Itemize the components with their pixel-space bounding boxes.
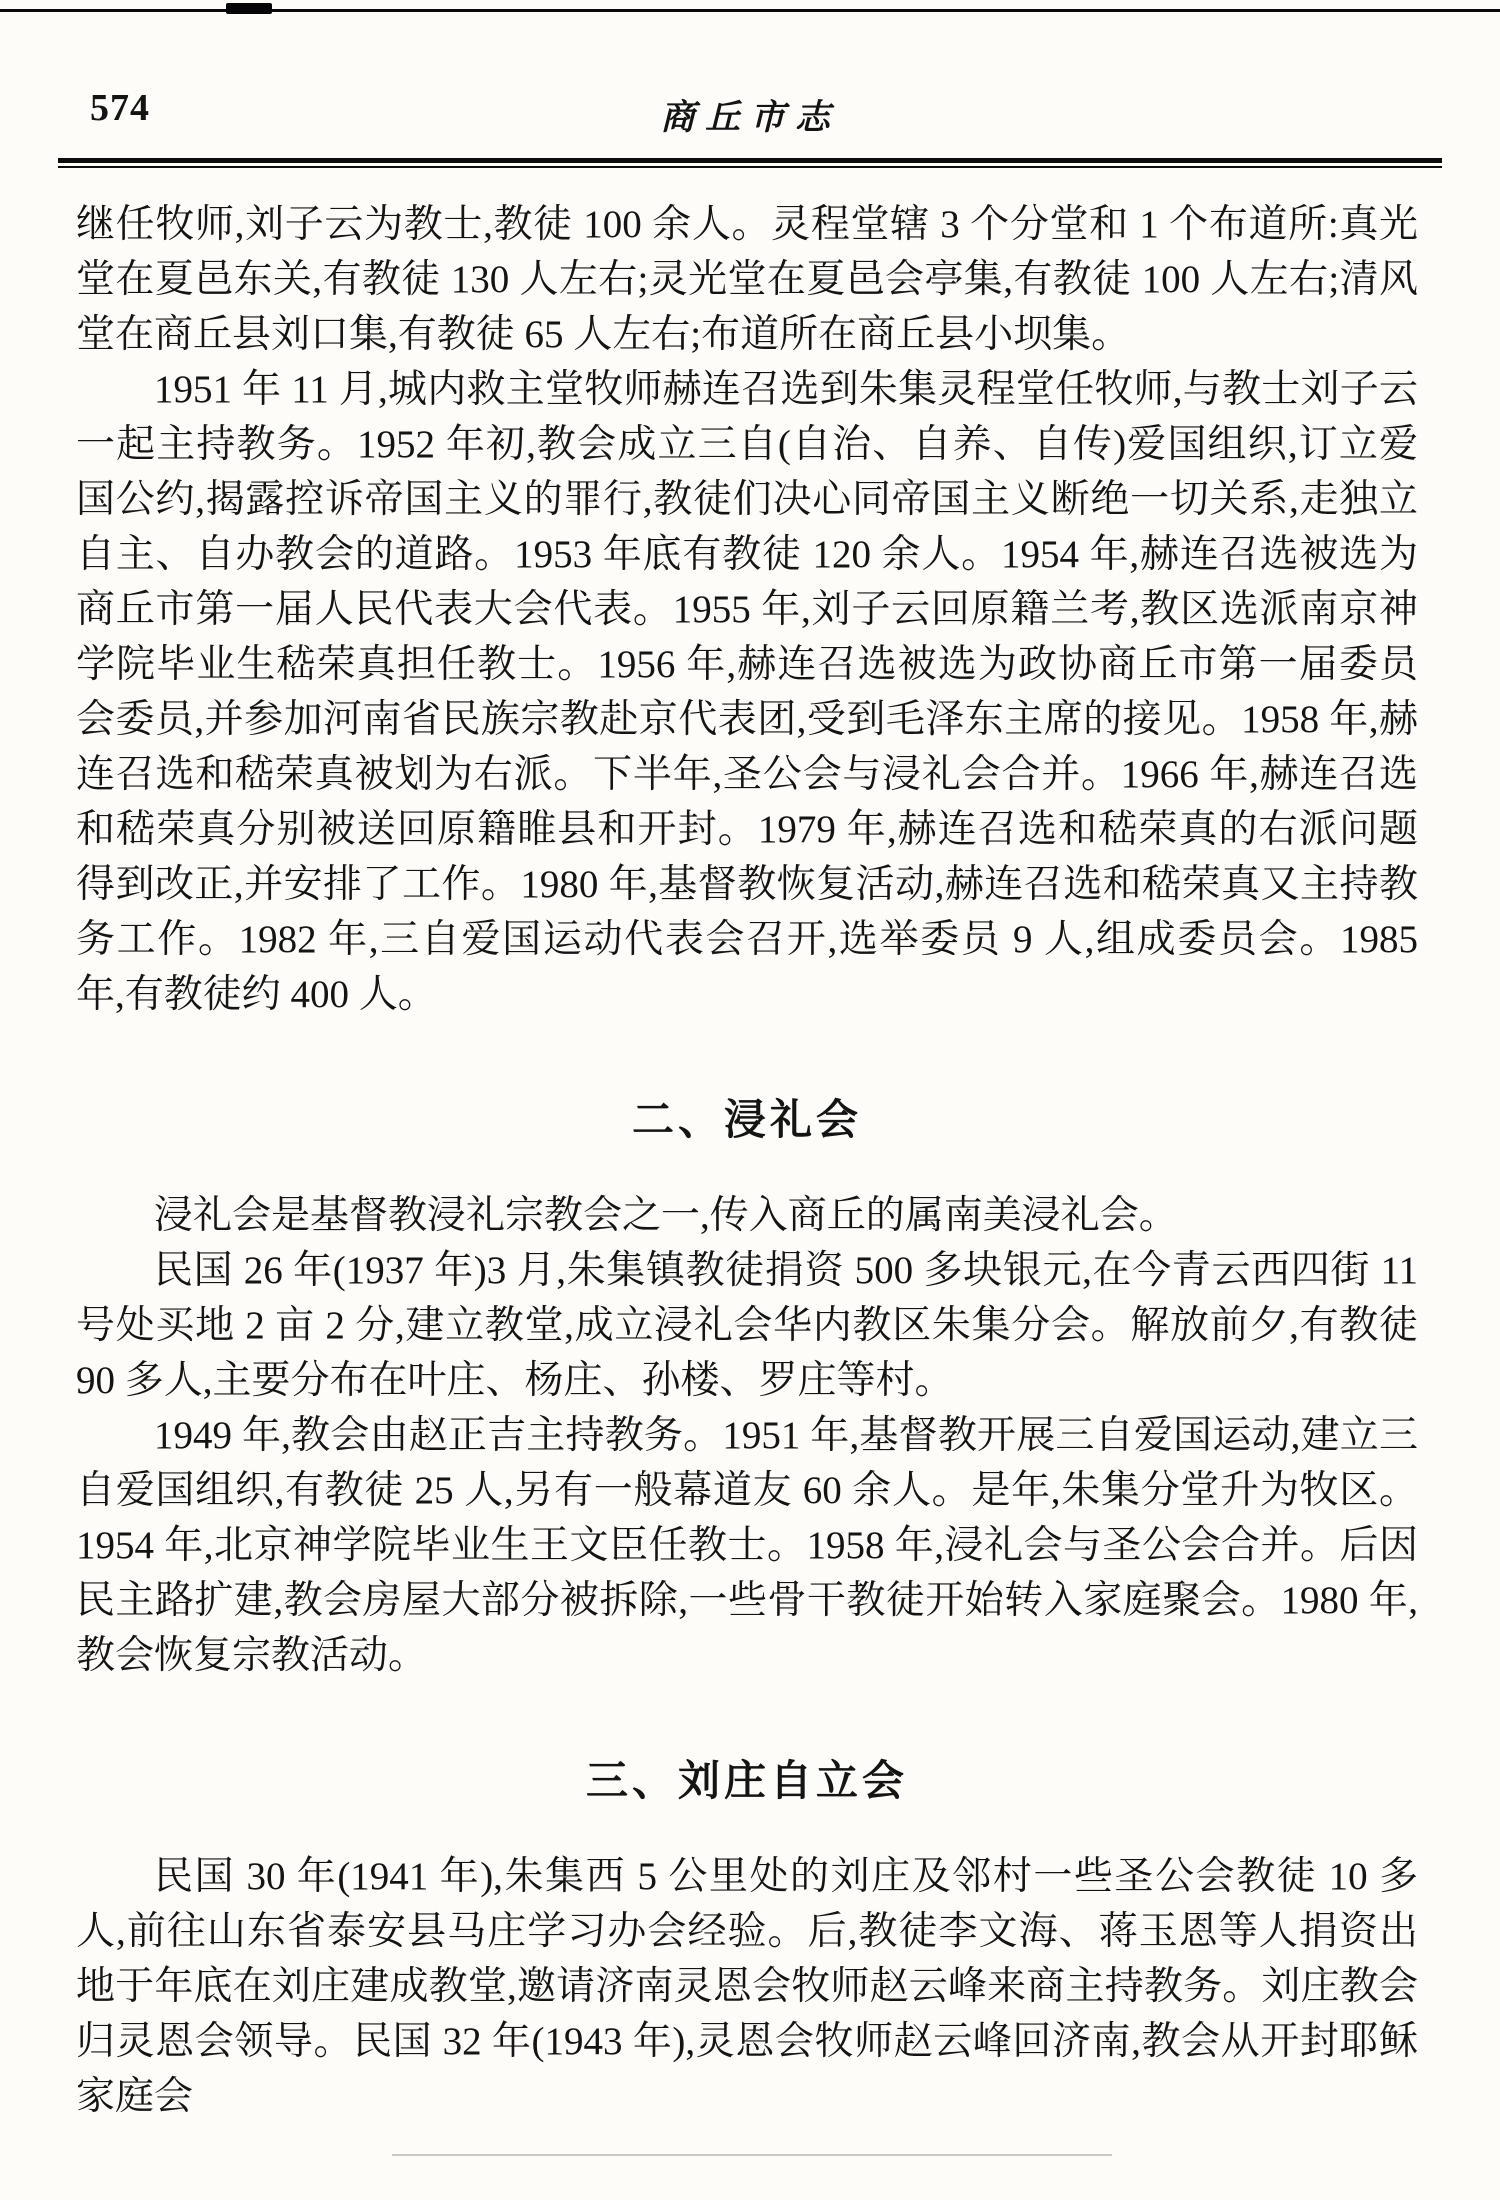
body-paragraph: 浸礼会是基督教浸礼宗教会之一,传入商丘的属南美浸礼会。 xyxy=(76,1188,1418,1243)
body-paragraph: 1949 年,教会由赵正吉主持教务。1951 年,基督教开展三自爱国运动,建立三… xyxy=(76,1408,1418,1683)
section-heading: 三、刘庄自立会 xyxy=(76,1751,1418,1811)
body-paragraph: 1951 年 11 月,城内救主堂牧师赫连召选到朱集灵程堂任牧师,与教士刘子云一… xyxy=(76,362,1418,1022)
section-heading: 二、浸礼会 xyxy=(76,1090,1418,1150)
scan-artifact-bottom-line xyxy=(392,2154,1112,2156)
scanned-page: { "page": { "number": "574", "header_tit… xyxy=(0,0,1500,2200)
page-header-title: 商丘市志 xyxy=(0,90,1500,140)
body-paragraph: 民国 30 年(1941 年),朱集西 5 公里处的刘庄及邻村一些圣公会教徒 1… xyxy=(76,1849,1418,2124)
document-body: 继任牧师,刘子云为教士,教徒 100 余人。灵程堂辖 3 个分堂和 1 个布道所… xyxy=(76,197,1418,2124)
body-paragraph: 民国 26 年(1937 年)3 月,朱集镇教徒捐资 500 多块银元,在今青云… xyxy=(76,1243,1418,1408)
header-double-rule xyxy=(58,158,1442,173)
page-number: 574 xyxy=(90,86,150,130)
body-paragraph: 继任牧师,刘子云为教士,教徒 100 余人。灵程堂辖 3 个分堂和 1 个布道所… xyxy=(76,197,1418,362)
running-head: 574 商丘市志 xyxy=(0,0,1500,138)
